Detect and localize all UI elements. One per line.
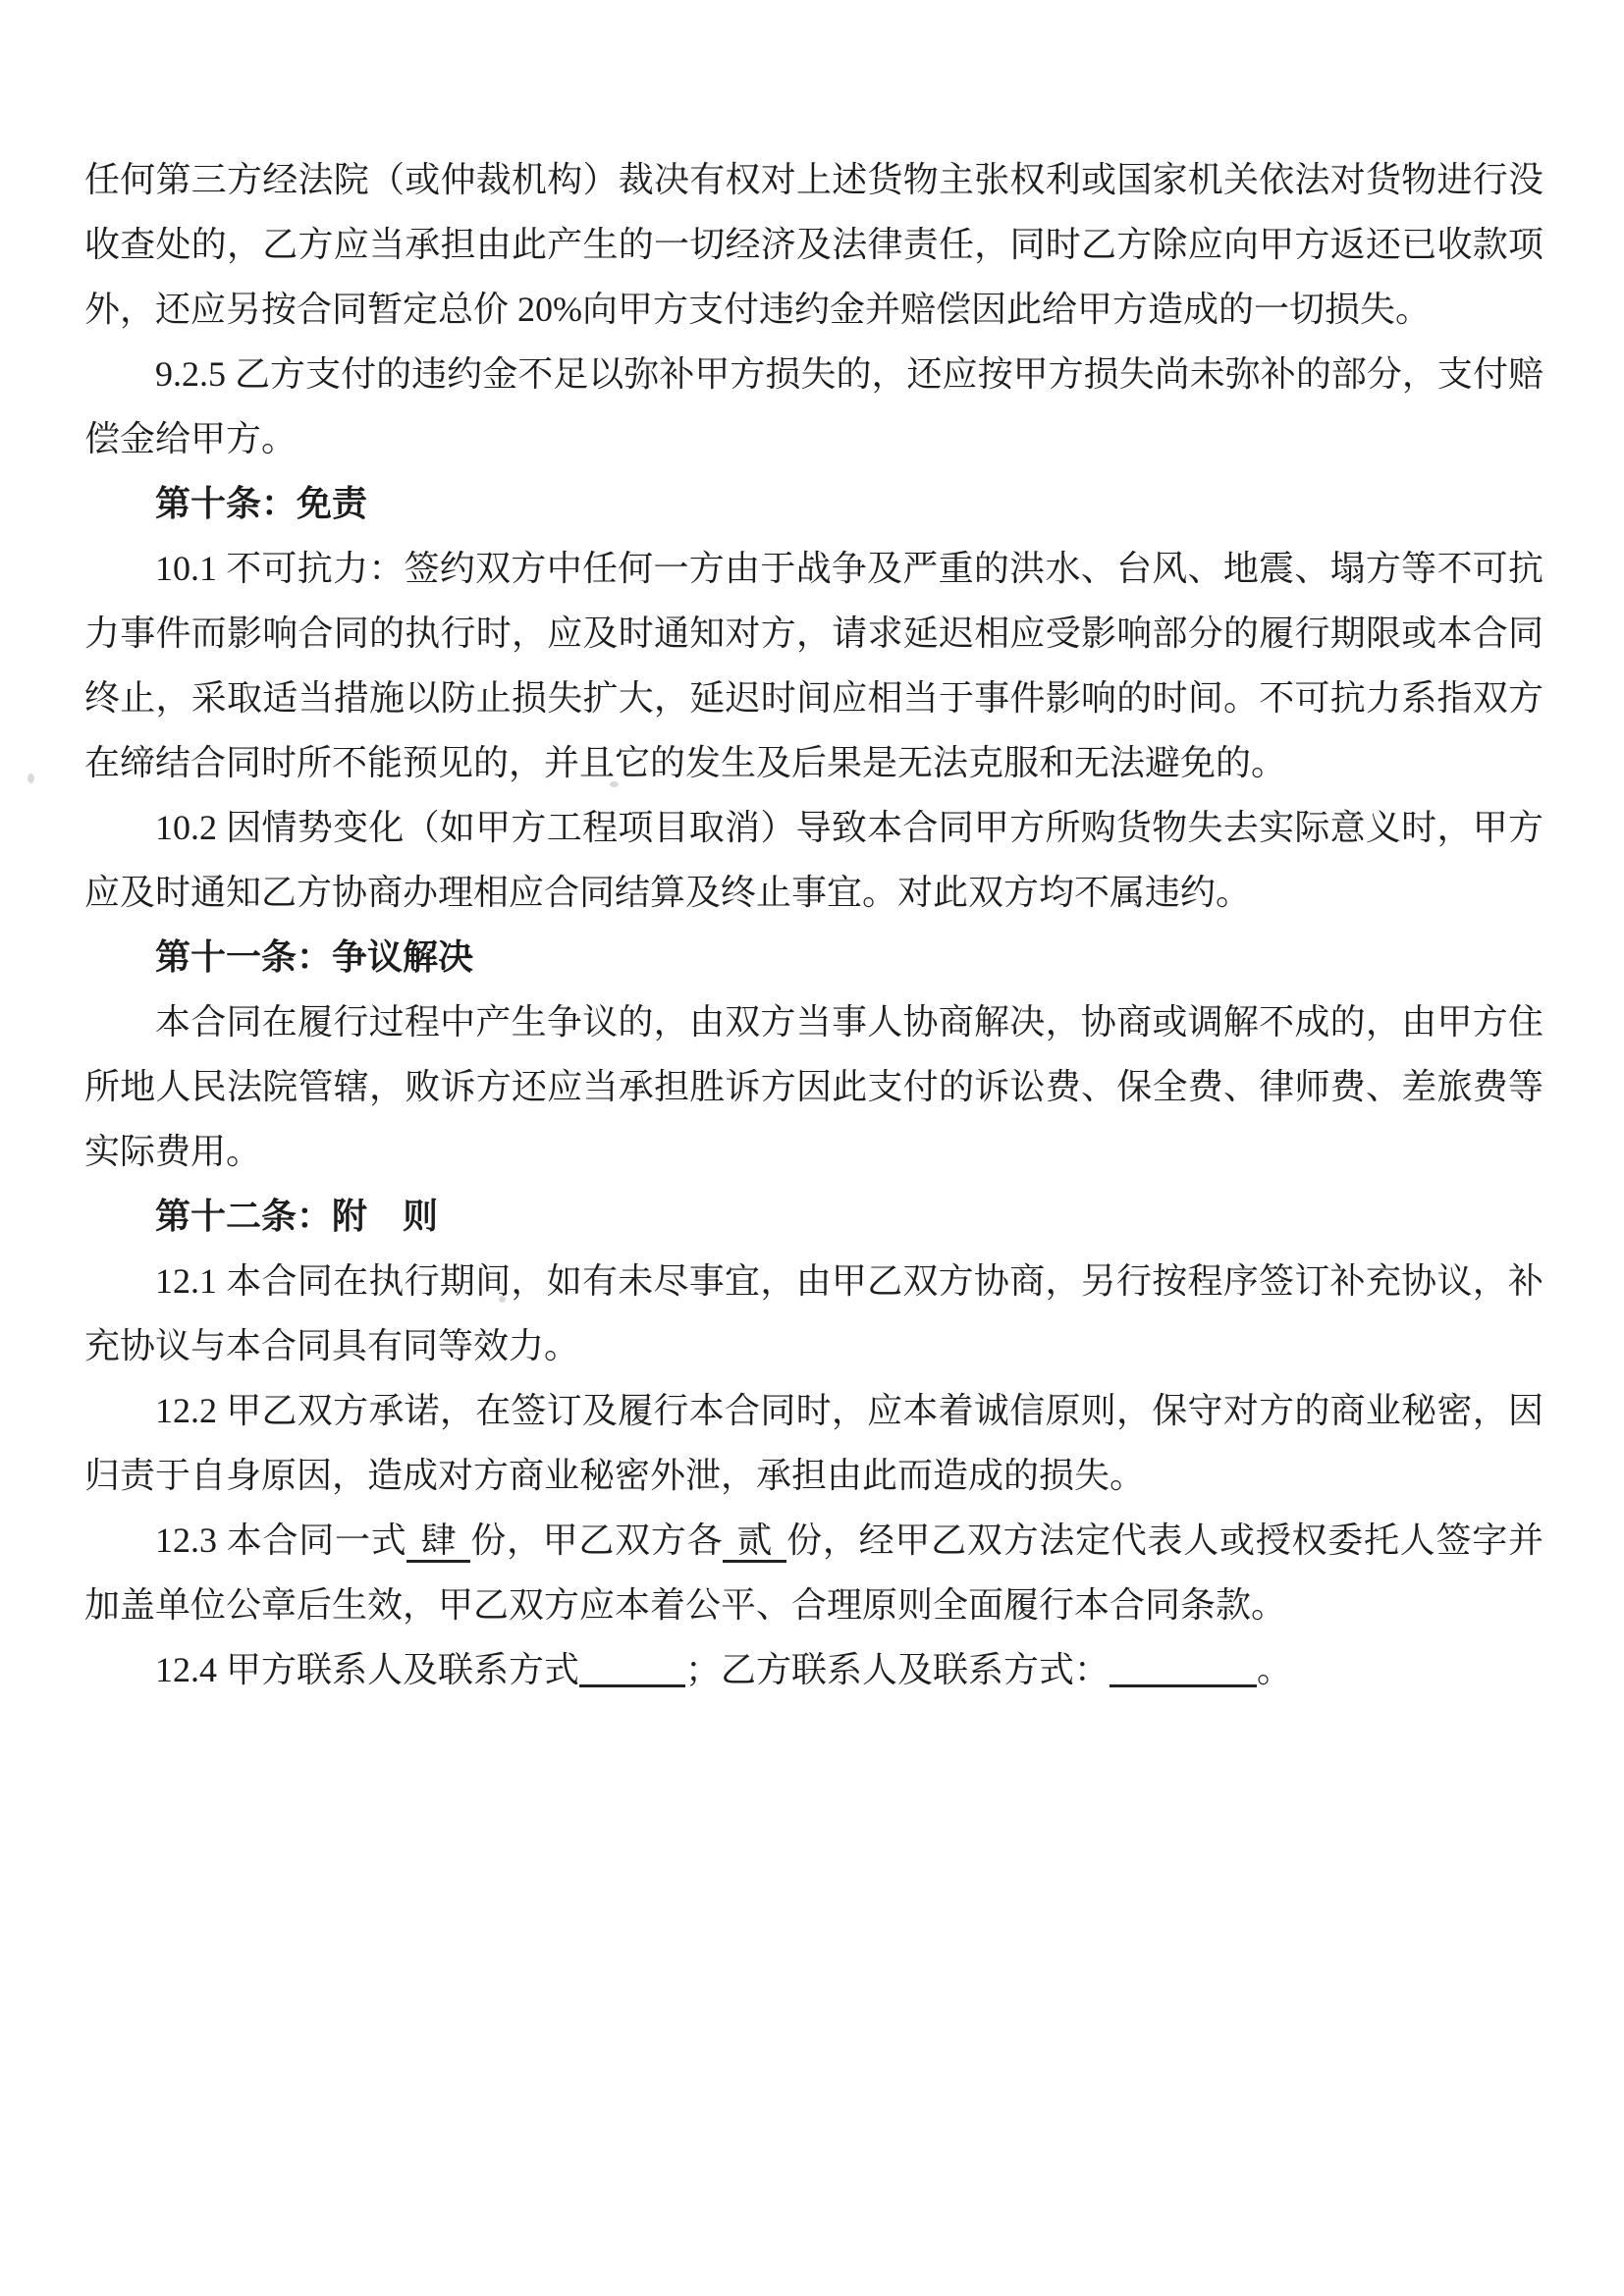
clause-12-3-text-pre: 12.3 本合同一式 bbox=[155, 1521, 406, 1560]
scan-speck bbox=[499, 1296, 506, 1303]
clause-12-1-paragraph: 12.1 本合同在执行期间，如有未尽事宜，由甲乙双方协商，另行按程序签订补充协议… bbox=[84, 1249, 1543, 1378]
scan-speck bbox=[610, 781, 619, 787]
clause-12-4-text-sep: ；乙方联系人及联系方式： bbox=[685, 1650, 1110, 1689]
article-11-body-paragraph: 本合同在履行过程中产生争议的，由双方当事人协商解决，协商或调解不成的，由甲方住所… bbox=[84, 989, 1543, 1184]
article-11-heading: 第十一条：争议解决 bbox=[84, 925, 1543, 989]
clause-9-2-5-paragraph: 9.2.5 乙方支付的违约金不足以弥补甲方损失的，还应按甲方损失尚未弥补的部分，… bbox=[84, 342, 1543, 471]
party-b-contact-blank-line bbox=[1110, 1684, 1257, 1687]
clause-12-2-paragraph: 12.2 甲乙双方承诺，在签订及履行本合同时，应本着诚信原则，保守对方的商业秘密… bbox=[84, 1378, 1543, 1508]
party-a-contact-blank-line bbox=[579, 1684, 685, 1687]
copies-total-filled-value: 肆 bbox=[406, 1521, 470, 1563]
article-12-heading: 第十二条：附 则 bbox=[84, 1184, 1543, 1249]
clause-12-4-paragraph: 12.4 甲方联系人及联系方式；乙方联系人及联系方式：。 bbox=[84, 1637, 1543, 1702]
copies-each-filled-value: 贰 bbox=[723, 1521, 786, 1563]
article-10-heading: 第十条：免责 bbox=[84, 471, 1543, 536]
clause-12-3-paragraph: 12.3 本合同一式肆份，甲乙双方各贰份，经甲乙双方法定代表人或授权委托人签字并… bbox=[84, 1508, 1543, 1637]
clause-12-4-text-end: 。 bbox=[1257, 1650, 1292, 1689]
scan-speck bbox=[27, 774, 34, 783]
clause-10-2-paragraph: 10.2 因情势变化（如甲方工程项目取消）导致本合同甲方所购货物失去实际意义时，… bbox=[84, 795, 1543, 925]
clause-10-1-paragraph: 10.1 不可抗力：签约双方中任何一方由于战争及严重的洪水、台风、地震、塌方等不… bbox=[84, 536, 1543, 795]
contract-scan-page: 任何第三方经法院（或仲裁机构）裁决有权对上述货物主张权利或国家机关依法对货物进行… bbox=[0, 0, 1624, 2296]
clause-12-4-text-pre: 12.4 甲方联系人及联系方式 bbox=[155, 1650, 579, 1689]
clause-9-2-4-continuation-paragraph: 任何第三方经法院（或仲裁机构）裁决有权对上述货物主张权利或国家机关依法对货物进行… bbox=[84, 147, 1543, 342]
clause-12-3-text-mid: 份，甲乙双方各 bbox=[470, 1521, 723, 1560]
